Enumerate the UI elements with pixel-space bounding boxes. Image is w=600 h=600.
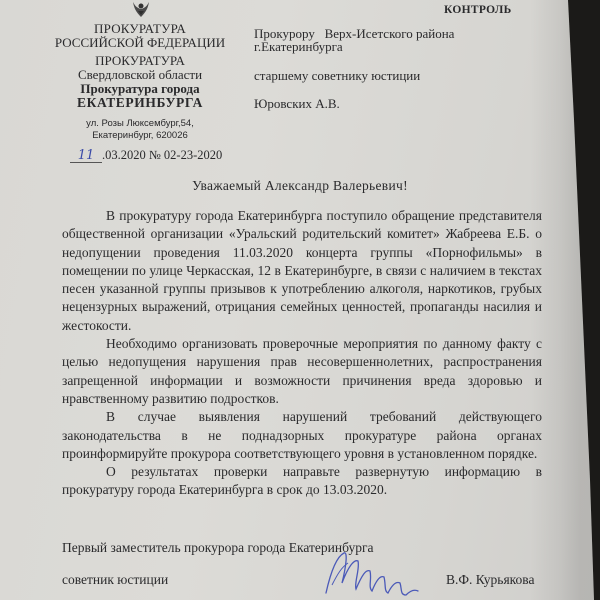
salutation: Уважаемый Александр Валерьевич! — [0, 178, 600, 194]
sender-block: ПРОКУРАТУРА РОССИЙСКОЙ ФЕДЕРАЦИИ ПРОКУРА… — [52, 22, 228, 142]
coat-of-arms-icon — [130, 0, 152, 18]
sender-line-5: Прокуратура города — [52, 82, 228, 96]
control-stamp: КОНТРОЛЬ — [444, 4, 512, 16]
address-line-2: Екатеринбург, 620026 — [52, 130, 228, 142]
paragraph-2: Необходимо организовать проверочные меро… — [62, 335, 542, 408]
addressee-block: Прокурору Верх-Исетского района г.Екатер… — [254, 27, 454, 110]
sender-line-6: ЕКАТЕРИНБУРГА — [52, 96, 228, 110]
sender-line-3: ПРОКУРАТУРА — [52, 54, 228, 68]
address-line-1: ул. Розы Люксембург,54, — [52, 118, 228, 130]
reference-number: .03.2020 № 02-23-2020 — [102, 148, 222, 162]
signatory-name: В.Ф. Курьякова — [446, 572, 534, 588]
handwritten-signature-icon — [318, 545, 428, 600]
addressee-line-3: старшему советнику юстиции — [254, 69, 454, 82]
addressee-line-4: Юровских А.В. — [254, 97, 454, 110]
paragraph-3: В случае выявления нарушений требований … — [62, 408, 542, 463]
signatory-rank: советник юстиции — [62, 572, 168, 588]
sender-line-1: ПРОКУРАТУРА — [52, 22, 228, 36]
sender-line-2: РОССИЙСКОЙ ФЕДЕРАЦИИ — [52, 36, 228, 50]
letter-body: В прокуратуру города Екатеринбурга посту… — [62, 207, 542, 500]
handwritten-day: 11 — [70, 150, 102, 163]
document-reference: 11.03.2020 № 02-23-2020 — [70, 148, 222, 163]
addressee-line-2: г.Екатеринбурга — [254, 40, 454, 53]
paragraph-1: В прокуратуру города Екатеринбурга посту… — [62, 207, 542, 335]
paragraph-4: О результатах проверки направьте разверн… — [62, 463, 542, 500]
sender-address: ул. Розы Люксембург,54, Екатеринбург, 62… — [52, 118, 228, 142]
sender-line-4: Свердловской области — [52, 68, 228, 82]
